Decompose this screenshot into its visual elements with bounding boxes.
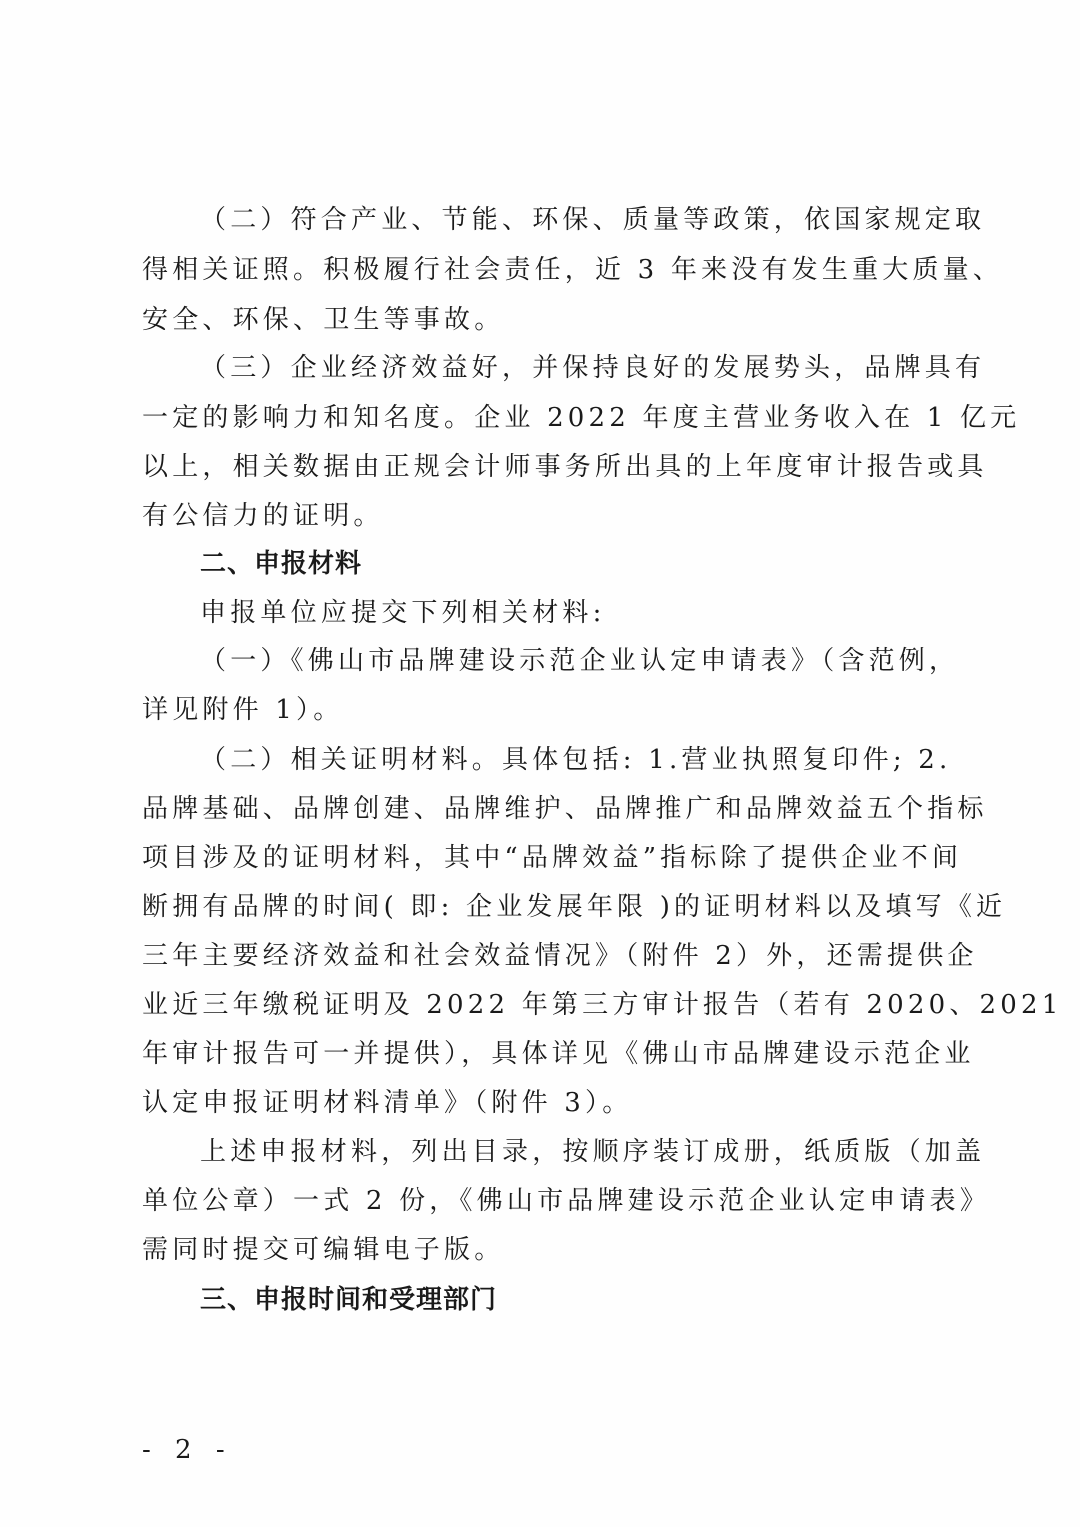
paragraph-line: 详见附件 1）。 (142, 694, 944, 726)
paragraph-line: 年审计报告可一并提供），具体详见《佛山市品牌建设示范企业 (142, 1038, 944, 1070)
paragraph-line: 单位公章）一式 2 份，《佛山市品牌建设示范企业认定申请表》 (142, 1185, 944, 1217)
paragraph-line: 断拥有品牌的时间( 即: 企业发展年限 )的证明材料以及填写《近 (142, 891, 944, 923)
section-heading-materials: 二、申报材料 (200, 548, 362, 580)
paragraph-line: 项目涉及的证明材料，其中“品牌效益”指标除了提供企业不间 (142, 842, 944, 874)
paragraph-line: （一）《佛山市品牌建设示范企业认定申请表》（含范例， (200, 645, 944, 677)
paragraph-line: 以上，相关数据由正规会计师事务所出具的上年度审计报告或具 (142, 451, 944, 483)
paragraph-line: 一定的影响力和知名度。企业 2022 年度主营业务收入在 1 亿元 (142, 402, 944, 434)
page-number: - 2 - (142, 1435, 233, 1465)
paragraph-line: （三）企业经济效益好，并保持良好的发展势头，品牌具有 (200, 352, 944, 384)
paragraph-line: 三年主要经济效益和社会效益情况》（附件 2）外，还需提供企 (142, 940, 944, 972)
paragraph-line: 得相关证照。积极履行社会责任，近 3 年来没有发生重大质量、 (142, 254, 944, 286)
paragraph-line: （二）符合产业、节能、环保、质量等政策，依国家规定取 (200, 204, 944, 236)
paragraph-line: 认定申报证明材料清单》（附件 3）。 (142, 1087, 944, 1119)
paragraph-line: 需同时提交可编辑电子版。 (142, 1234, 944, 1266)
section-heading-time-department: 三、申报时间和受理部门 (200, 1284, 497, 1316)
paragraph-line: （二）相关证明材料。具体包括: 1.营业执照复印件; 2. (200, 744, 944, 776)
paragraph-line: 上述申报材料，列出目录，按顺序装订成册，纸质版（加盖 (200, 1136, 944, 1168)
document-page: （二）符合产业、节能、环保、质量等政策，依国家规定取 得相关证照。积极履行社会责… (0, 0, 1080, 1527)
paragraph-line: 品牌基础、品牌创建、品牌维护、品牌推广和品牌效益五个指标 (142, 793, 944, 825)
paragraph-line: 有公信力的证明。 (142, 500, 944, 532)
paragraph-line: 业近三年缴税证明及 2022 年第三方审计报告（若有 2020、2021 (142, 989, 944, 1021)
section-intro: 申报单位应提交下列相关材料: (200, 597, 944, 629)
paragraph-line: 安全、环保、卫生等事故。 (142, 304, 944, 336)
